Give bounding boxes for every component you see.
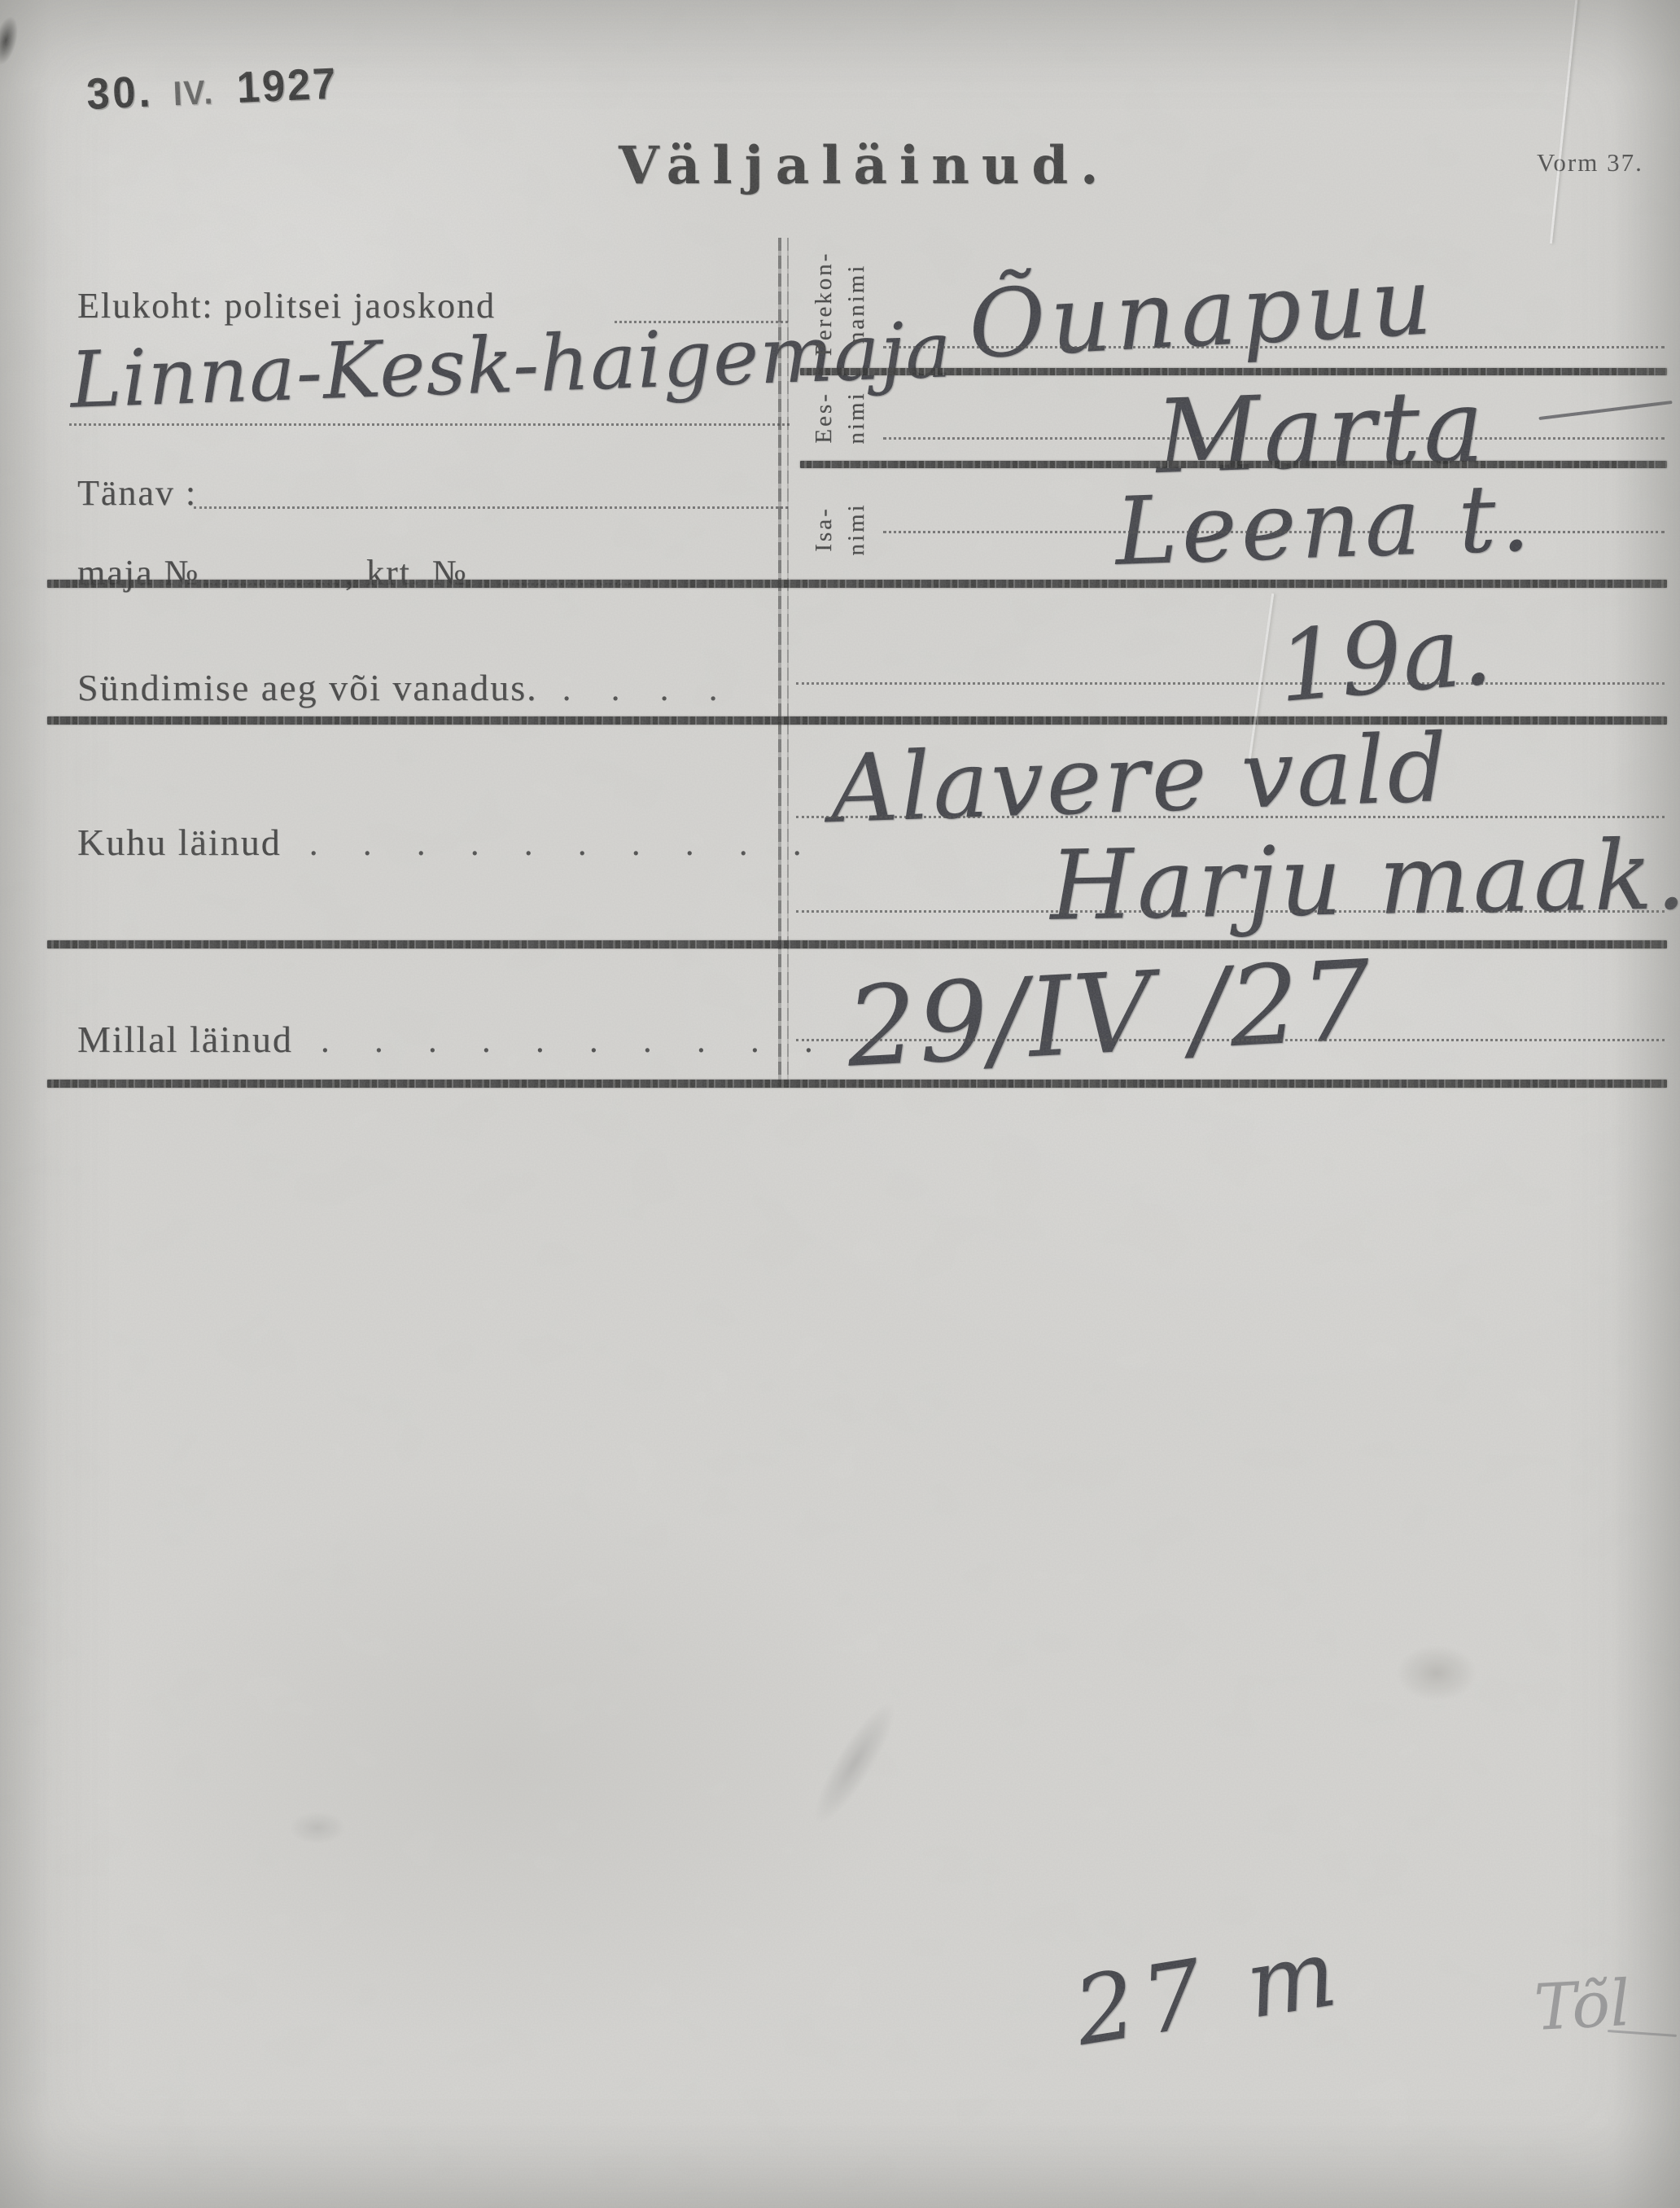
- street-dotted-line: [194, 506, 788, 509]
- destination-dotted-line-2: [796, 910, 1665, 913]
- destination-value-line2: Harju maak.: [1049, 826, 1680, 934]
- section-rule-1: [47, 580, 1667, 588]
- address-dotted-line: [69, 423, 790, 426]
- stamp-month: IV.: [173, 72, 215, 112]
- paper-crease: [1550, 0, 1578, 243]
- ink-signature: 27 m: [1069, 1925, 1350, 2061]
- birth-label: Sündimise aeg või vanadus.: [77, 667, 538, 708]
- section-rule-3: [47, 940, 1667, 948]
- form-number: Vorm 37.: [1537, 148, 1643, 177]
- faint-smudge-stain: [289, 1812, 346, 1844]
- birth-row-label: Sündimise aeg või vanadus. . . . .: [77, 666, 720, 709]
- birth-leader-dots: . . . .: [562, 668, 720, 708]
- destination-value-line1: Alavere vald: [829, 722, 1450, 837]
- stamp-day: 30.: [85, 67, 154, 119]
- section-rule-4: [47, 1080, 1667, 1088]
- pencil-signature: Tõl: [1533, 1972, 1632, 2040]
- departure-dotted-line: [796, 1039, 1665, 1041]
- departure-leader-dots: . . . . . . . . . .: [321, 1020, 815, 1060]
- firstname-row-rule: [800, 461, 1667, 468]
- gray-blot-stain: [1396, 1645, 1477, 1702]
- destination-leader-dots: . . . . . . . . . .: [309, 823, 803, 863]
- departure-date-value: 29/IV /27: [844, 945, 1375, 1083]
- date-stamp: 30.IV.1927: [85, 59, 339, 120]
- smudge-stain: [802, 1693, 908, 1833]
- departure-label: Millal läinud: [77, 1019, 293, 1060]
- stamp-year: 1927: [236, 59, 339, 112]
- column-divider-line-inner: [787, 238, 789, 1087]
- edge-ink-speck-stain: [0, 15, 22, 68]
- form-title: Väljaläinud.: [619, 135, 1110, 196]
- firstname-flourish-stroke: [1538, 401, 1672, 420]
- fathername-value: Leena t.: [1113, 471, 1535, 580]
- departure-row-label: Millal läinud . . . . . . . . . .: [77, 1018, 815, 1061]
- street-label: Tänav :: [77, 472, 197, 514]
- firstname-dotted-line: [883, 437, 1665, 440]
- age-value: 19a.: [1274, 602, 1495, 717]
- surname-dotted-line: [883, 346, 1665, 348]
- column-divider-line: [778, 238, 781, 1087]
- surname-value: Õunapuu: [966, 255, 1438, 373]
- birth-dotted-line: [796, 682, 1665, 685]
- surname-row-rule: [800, 368, 1667, 375]
- destination-dotted-line-1: [796, 816, 1665, 818]
- scanned-form-page: 30.IV.1927 Väljaläinud. Vorm 37. Elukoht…: [0, 0, 1680, 2208]
- destination-label: Kuhu läinud: [77, 821, 282, 863]
- residence-label: Elukoht: politsei jaoskond: [77, 285, 496, 326]
- fathername-dotted-line: [883, 531, 1665, 533]
- destination-row-label: Kuhu läinud . . . . . . . . . .: [77, 821, 803, 864]
